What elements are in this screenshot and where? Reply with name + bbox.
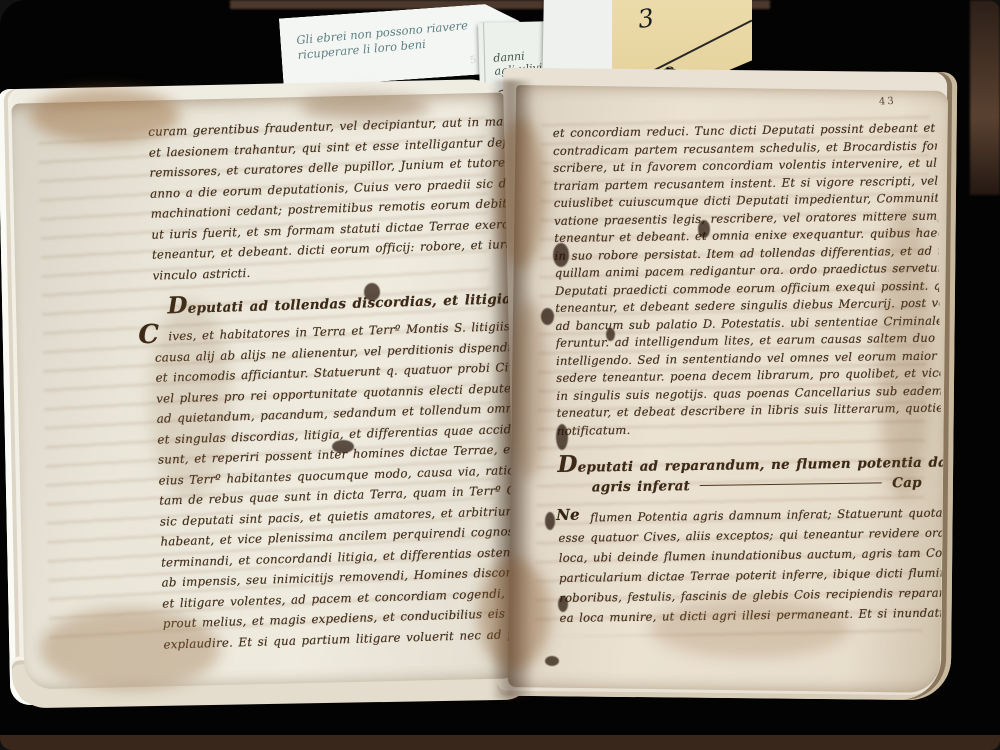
heading-text: agris inferat [592, 478, 690, 495]
ink-blot [606, 328, 615, 341]
ink-blot [556, 424, 568, 450]
left-page: curam gerentibus fraudentur, vel decipia… [11, 92, 516, 689]
ink-blot [545, 656, 559, 666]
desk-surface-bottom [0, 735, 1000, 750]
manuscript-photo: Gli ebrei non possono riaverericuperare … [0, 0, 1000, 750]
ink-blot [545, 512, 555, 530]
ink-blot [332, 440, 354, 453]
stain [508, 300, 548, 480]
stain [30, 88, 180, 143]
slip-numeral-3: 3 [636, 3, 656, 34]
ink-blot [558, 596, 568, 612]
chapter-heading-continued: agris inferat Cap [592, 475, 922, 496]
ink-blot [541, 308, 554, 325]
ink-rule [700, 482, 882, 486]
initial-letters: Ne [556, 506, 580, 524]
stain [878, 200, 930, 500]
ink-blot [698, 220, 710, 238]
stain [40, 608, 220, 690]
folio-number: 43 [879, 96, 896, 108]
ink-blot [553, 243, 569, 267]
chapter-heading: Deputati ad tollendas discordias, et lit… [167, 282, 514, 319]
stain [300, 94, 430, 120]
desk-surface-right [970, 0, 1000, 195]
stain [478, 558, 550, 670]
paragraph: curam gerentibus fraudentur, vel decipia… [148, 111, 513, 286]
stain [494, 118, 546, 268]
ink-blot [364, 283, 380, 301]
stain [650, 598, 850, 658]
stain [150, 300, 230, 500]
